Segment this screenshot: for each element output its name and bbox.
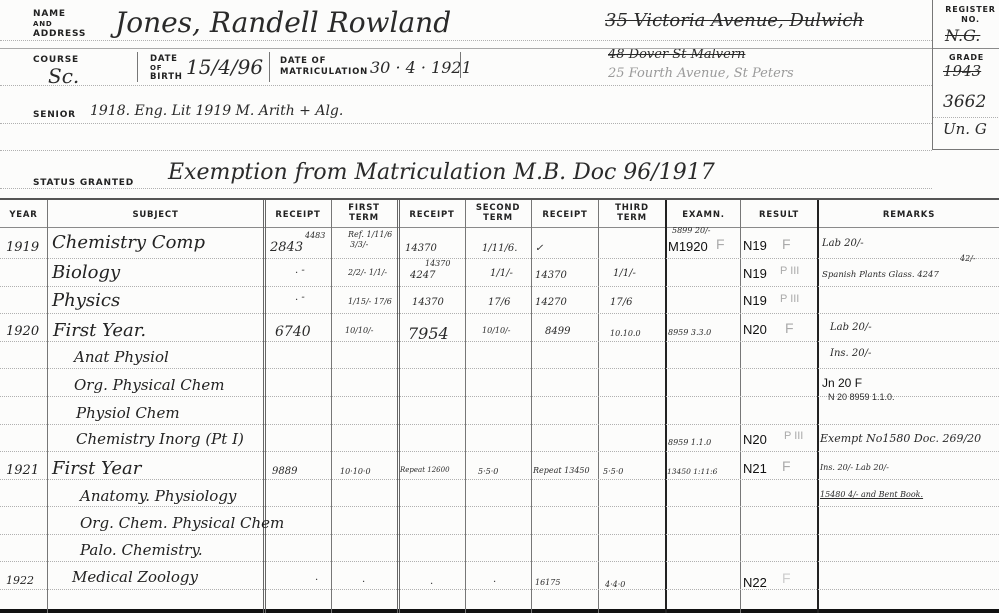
col-header-receipt-1: Receipt — [265, 210, 331, 220]
matriculation-label: DATE OF MATRICULATION — [280, 56, 368, 78]
senior-value: 1918. Eng. Lit 1919 M. Arith + Alg. — [90, 103, 343, 119]
grade-value-2: 3662 — [943, 92, 986, 112]
address-1: 35 Victoria Avenue, Dulwich — [605, 10, 864, 31]
col-header-receipt-2: Receipt — [399, 210, 465, 220]
address-3: 25 Fourth Avenue, St Peters — [608, 66, 794, 81]
status-granted-value: Exemption from Matriculation M.B. Doc 96… — [168, 160, 715, 185]
student-record-card: NAME AND ADDRESS Jones, Randell Rowland … — [0, 0, 999, 613]
name-address-label: NAME AND ADDRESS — [33, 9, 86, 39]
grade-value-3: Un. G — [943, 120, 987, 138]
col-header-examn: Examn. — [667, 210, 740, 220]
col-header-remarks: Remarks — [819, 210, 999, 220]
col-header-year: Year — [0, 210, 47, 220]
register-no-value: N.G. — [945, 26, 980, 45]
address-2: 48 Dover St Malvern — [608, 47, 745, 62]
col-header-third-term: Third Term — [606, 203, 658, 223]
col-header-first-term: First Term — [340, 203, 388, 223]
dob-label: DATE OF BIRTH — [150, 55, 183, 82]
register-box: REGISTER No. N.G. Grade 1943 3662 Un. G — [932, 0, 999, 150]
col-header-subject: Subject — [48, 210, 263, 220]
matriculation-date: 30 · 4 · 1921 — [370, 58, 472, 77]
col-header-receipt-3: Receipt — [532, 210, 598, 220]
dob-value: 15/4/96 — [186, 55, 263, 79]
grade-value-1: 1943 — [943, 62, 981, 80]
col-header-result: Result — [741, 210, 817, 220]
student-name: Jones, Randell Rowland — [115, 6, 451, 39]
col-header-second-term: Second Term — [470, 203, 526, 223]
register-no-label: REGISTER No. — [943, 5, 998, 25]
status-granted-label: Status Granted — [33, 178, 134, 188]
senior-label: Senior — [33, 110, 76, 120]
